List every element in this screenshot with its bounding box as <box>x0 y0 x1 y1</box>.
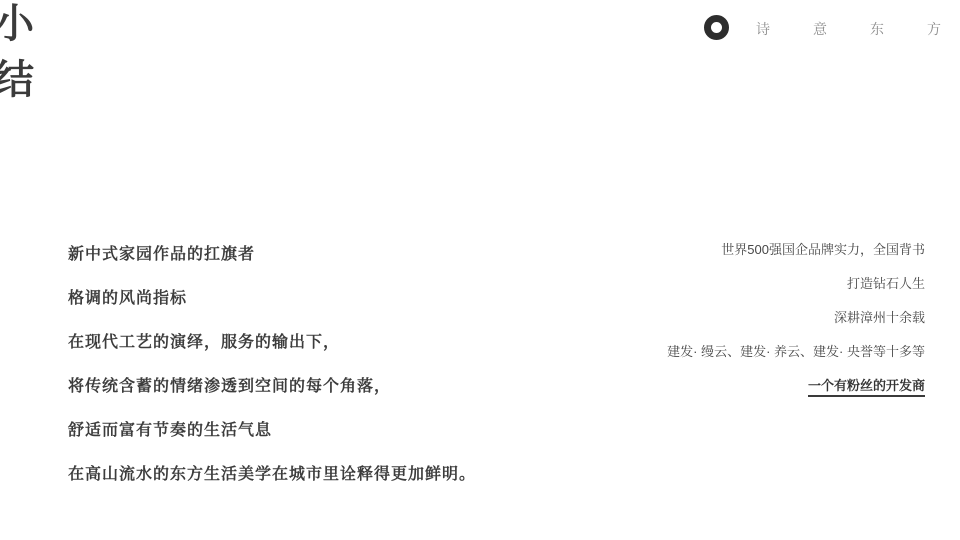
section-title-char: 结 <box>0 52 34 108</box>
paragraph-line: 舒适而富有节奏的生活气息 <box>68 409 588 453</box>
brand-name: 诗 意 东 方 <box>756 19 941 39</box>
credential-line: 建发· 缦云、建发· 养云、建发· 央誉等十多等 <box>495 335 925 369</box>
credential-line: 深耕漳州十余载 <box>495 301 925 335</box>
brand-char: 东 <box>870 19 884 39</box>
paragraph-line: 在高山流水的东方生活美学在城市里诠释得更加鲜明。 <box>68 453 588 497</box>
underlined-text: 一个有粉丝的开发商 <box>808 377 925 397</box>
brand-char: 意 <box>813 19 827 39</box>
credentials-list: 世界500强国企品牌实力，全国背书 打造钻石人生 深耕漳州十余载 建发· 缦云、… <box>495 233 925 403</box>
brand-lockup: 诗 意 东 方 <box>0 0 960 55</box>
credential-line: 世界500强国企品牌实力，全国背书 <box>495 233 925 267</box>
credential-line: 打造钻石人生 <box>495 267 925 301</box>
ring-icon <box>704 15 729 40</box>
brand-char: 方 <box>927 19 941 39</box>
brand-char: 诗 <box>756 19 770 39</box>
credential-line-highlight: 一个有粉丝的开发商 <box>495 369 925 403</box>
